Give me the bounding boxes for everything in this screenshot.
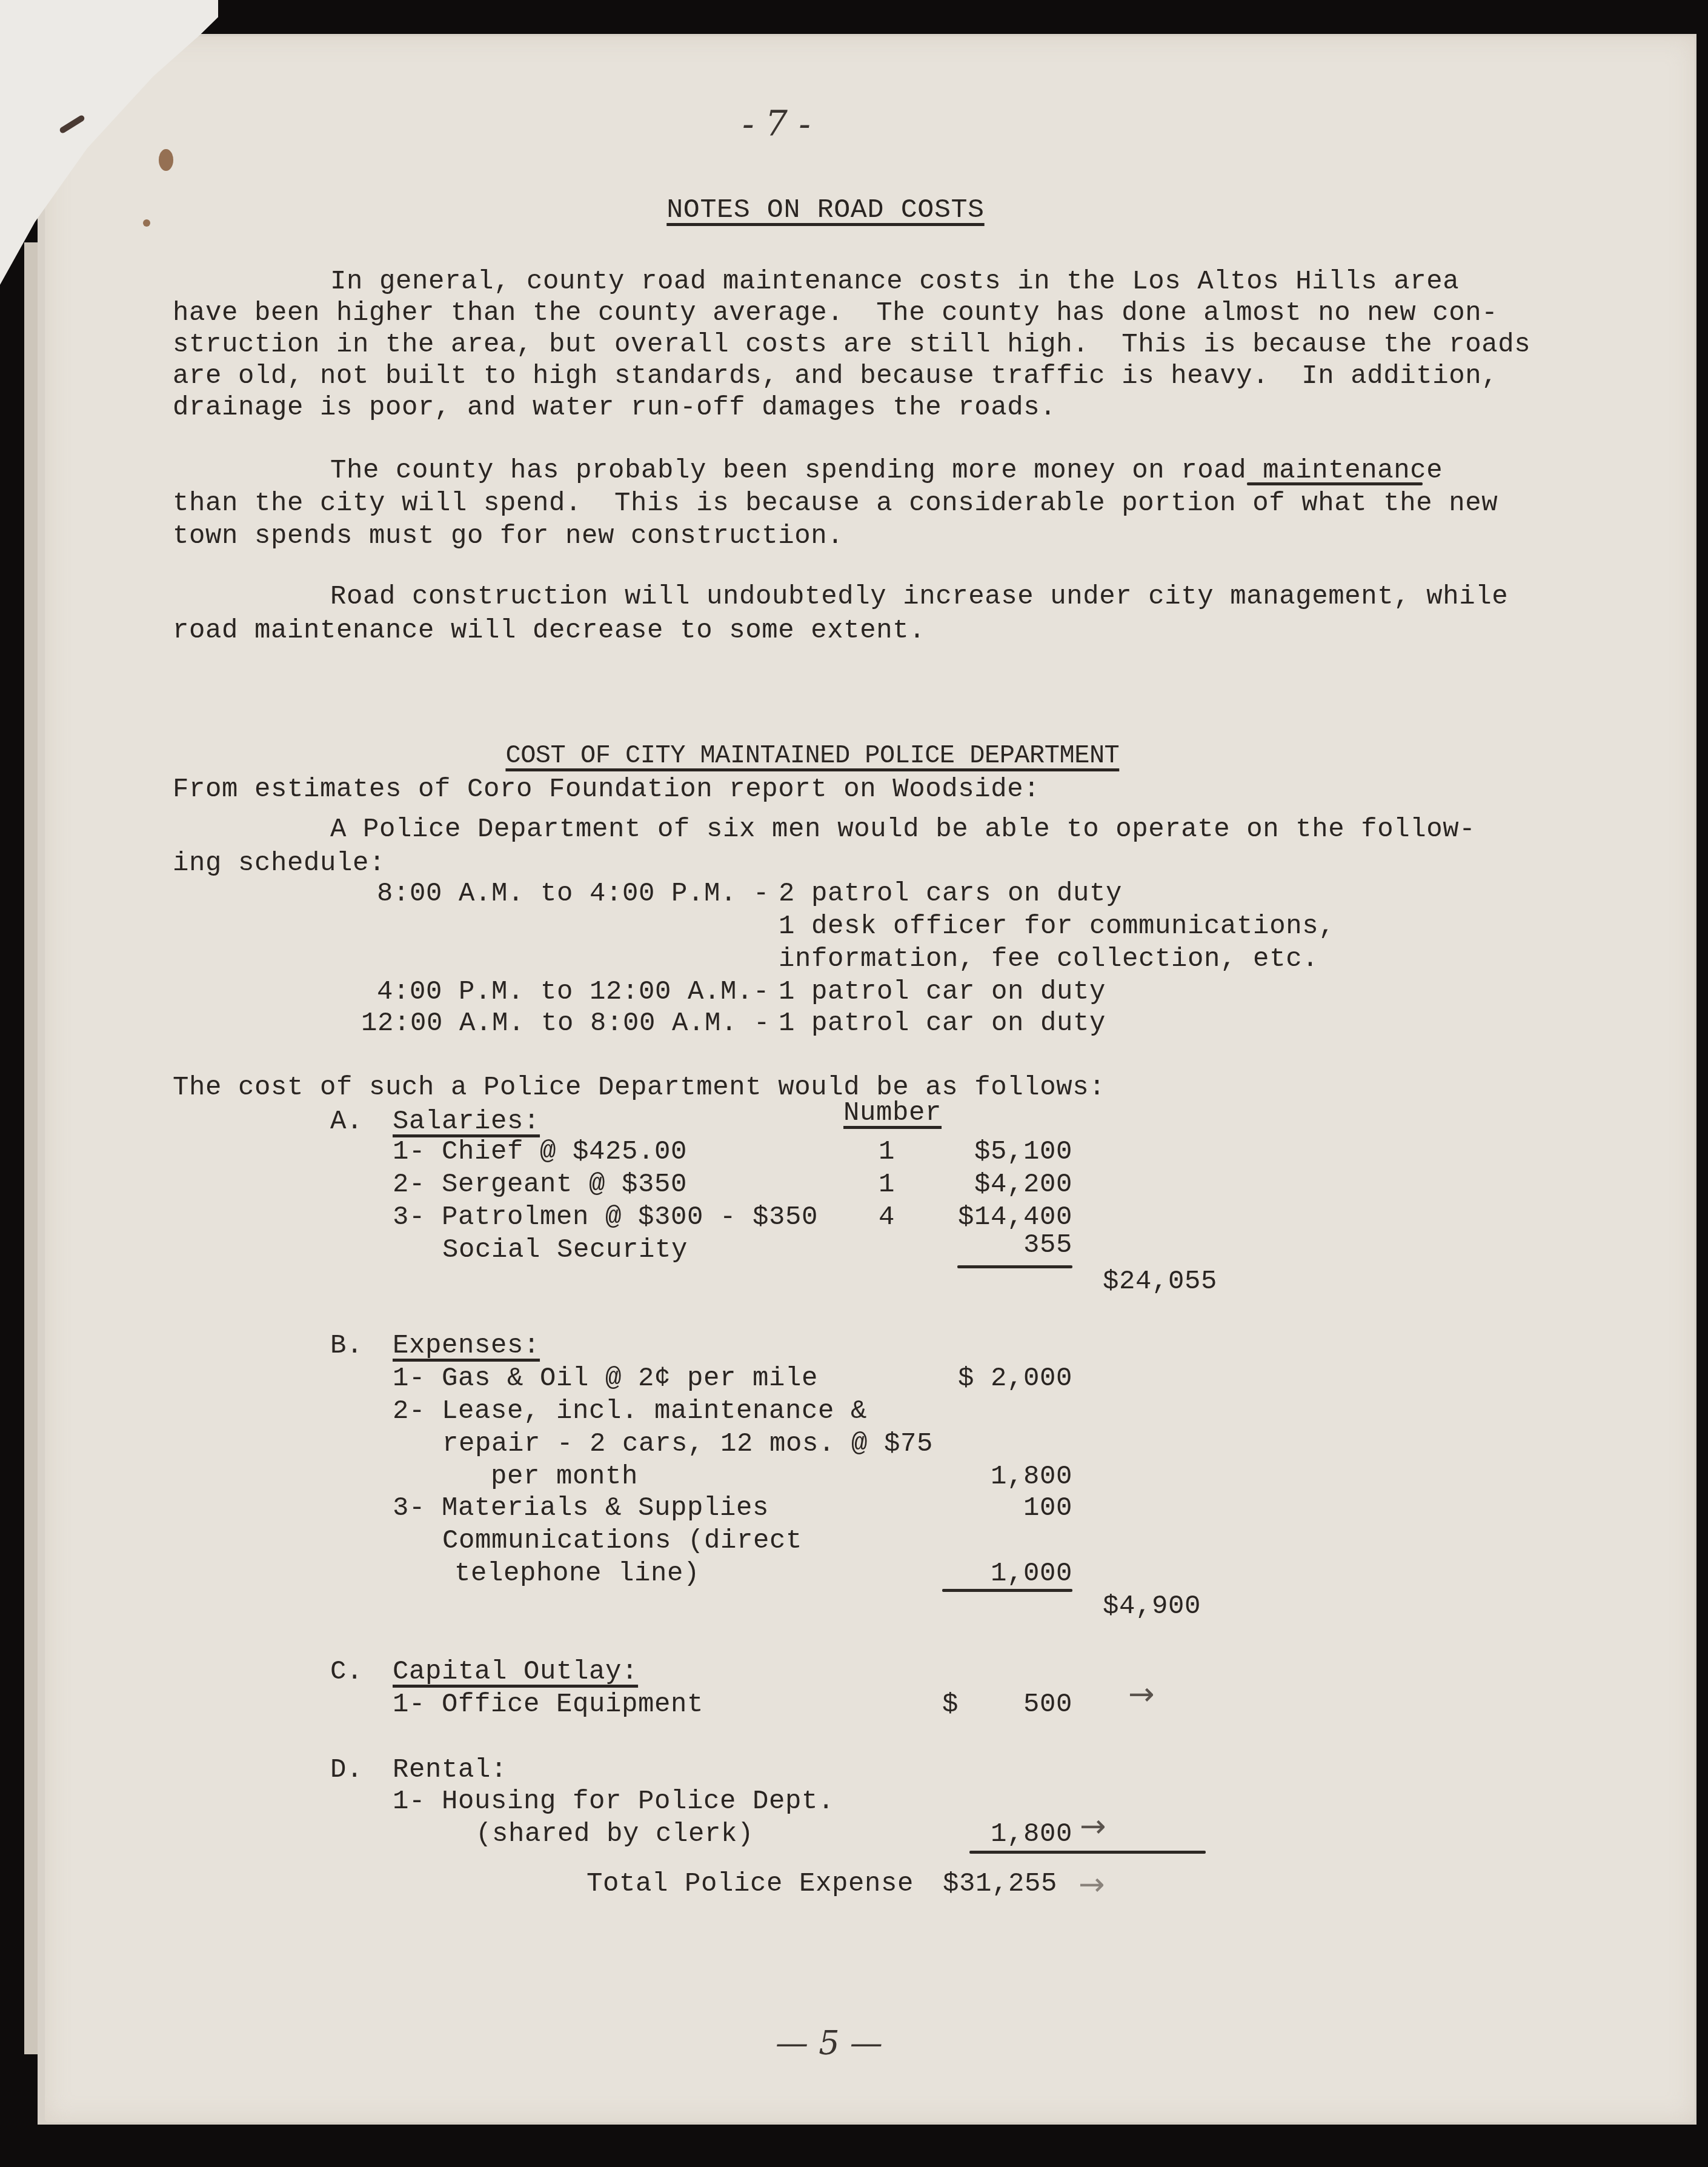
handwritten-arrow-icon: →	[1128, 1676, 1155, 1713]
line-item-amount: 1,800	[933, 1819, 1072, 1849]
line-item-label: 2- Lease, incl. maintenance &	[393, 1396, 867, 1426]
schedule-duty: 1 desk officer for communications,	[779, 911, 1335, 942]
text-line: In general, county road maintenance cost…	[330, 267, 1459, 297]
police-title-text: COST OF CITY MAINTAINED POLICE DEPARTMEN…	[505, 741, 1119, 770]
line-item-amount: $ 2,000	[933, 1363, 1072, 1394]
section-heading: Salaries:	[393, 1107, 540, 1137]
schedule-time: 12:00 A.M. to 8:00 A.M. -	[361, 1008, 770, 1039]
line-item-amount: 1,800	[933, 1462, 1072, 1492]
line-item-number: 1	[879, 1170, 895, 1200]
page-number-top: - 7 -	[742, 103, 811, 144]
police-title: COST OF CITY MAINTAINED POLICE DEPARTMEN…	[476, 710, 1119, 771]
text-line: road maintenance will decrease to some e…	[173, 616, 925, 646]
section-heading: Rental:	[393, 1755, 507, 1785]
schedule-duty: 2 patrol cars on duty	[779, 879, 1122, 909]
text-line: town spends must go for new construction…	[173, 521, 843, 551]
line-item-amount: $14,400	[933, 1202, 1072, 1233]
line-item-amount: 1,000	[933, 1559, 1072, 1589]
number-column-header: Number	[843, 1098, 942, 1128]
total-amount: $31,255	[943, 1869, 1057, 1899]
intro-line: ing schedule:	[173, 848, 385, 879]
source-line: From estimates of Coro Foundation report…	[173, 774, 1040, 805]
subtotal-amount: $4,900	[1103, 1591, 1201, 1622]
page-number-bottom: — 5 —	[776, 2024, 883, 2062]
rust-stain	[143, 219, 150, 227]
text-line: than the city will spend. This is becaus…	[173, 488, 1498, 519]
line-item-label: 1- Gas & Oil @ 2¢ per mile	[393, 1363, 818, 1394]
line-item-label: 2- Sergeant @ $350	[393, 1170, 687, 1200]
heading-text: Salaries:	[393, 1107, 540, 1137]
total-label: Total Police Expense	[587, 1869, 914, 1899]
line-item-amount: 500	[933, 1689, 1072, 1720]
line-item-label: 1- Office Equipment	[393, 1689, 703, 1720]
page-edge-strip	[24, 242, 38, 2054]
intro-line: A Police Department of six men would be …	[330, 814, 1475, 845]
subtotal-rule	[957, 1265, 1072, 1268]
header-text: Number	[843, 1098, 942, 1128]
section-letter: C.	[330, 1657, 363, 1687]
schedule-duty: 1 patrol car on duty	[779, 977, 1106, 1007]
text-line: have been higher than the county average…	[173, 298, 1498, 328]
section-letter: A.	[330, 1107, 363, 1137]
line-item-label: Communications (direct	[442, 1526, 802, 1556]
line-item-amount: $5,100	[933, 1137, 1072, 1167]
section-letter: D.	[330, 1755, 363, 1785]
line-item-number: 4	[879, 1202, 895, 1233]
schedule-duty: 1 patrol car on duty	[779, 1008, 1106, 1039]
maintenance-underline	[1247, 482, 1423, 485]
schedule-duty: information, fee collection, etc.	[779, 944, 1318, 974]
cost-intro: The cost of such a Police Department wou…	[173, 1073, 1105, 1103]
handwritten-arrow-icon: →	[1080, 1808, 1106, 1845]
line-item-amount: 100	[933, 1493, 1072, 1523]
heading-text: Expenses:	[393, 1331, 540, 1361]
text-line: The county has probably been spending mo…	[330, 456, 1443, 486]
subtotal-amount: $24,055	[1103, 1267, 1217, 1297]
line-item-number: 1	[879, 1137, 895, 1167]
text-line: are old, not built to high standards, an…	[173, 361, 1498, 391]
line-item-label: 1- Chief @ $425.00	[393, 1137, 687, 1167]
text-line: Road construction will undoubtedly incre…	[330, 582, 1508, 612]
text-line: struction in the area, but overall costs…	[173, 330, 1530, 360]
section-heading: Capital Outlay:	[393, 1657, 638, 1687]
line-item-label: 3- Patrolmen @ $300 - $350	[393, 1202, 818, 1233]
road-costs-title: NOTES ON ROAD COSTS	[633, 165, 985, 225]
line-item-label: per month	[491, 1462, 638, 1492]
line-item-amount: 355	[933, 1230, 1072, 1260]
line-item-label: Social Security	[442, 1235, 688, 1265]
line-item-label: (shared by clerk)	[476, 1819, 754, 1849]
line-item-label: 1- Housing for Police Dept.	[393, 1786, 834, 1817]
schedule-time: 4:00 P.M. to 12:00 A.M.-	[377, 977, 769, 1007]
road-costs-title-text: NOTES ON ROAD COSTS	[666, 195, 984, 225]
line-item-label: repair - 2 cars, 12 mos. @ $75	[442, 1429, 933, 1459]
rust-stain	[159, 149, 173, 171]
subtotal-rule	[942, 1589, 1072, 1592]
heading-text: Capital Outlay:	[393, 1657, 638, 1687]
handwritten-arrow-icon: →	[1078, 1866, 1105, 1903]
section-heading: Expenses:	[393, 1331, 540, 1361]
text-line: drainage is poor, and water run-off dama…	[173, 393, 1056, 423]
section-letter: B.	[330, 1331, 363, 1361]
line-item-amount: $4,200	[933, 1170, 1072, 1200]
line-item-label: telephone line)	[454, 1559, 700, 1589]
line-item-label: 3- Materials & Supplies	[393, 1493, 769, 1523]
schedule-time: 8:00 A.M. to 4:00 P.M. -	[377, 879, 769, 909]
total-rule	[969, 1851, 1206, 1854]
